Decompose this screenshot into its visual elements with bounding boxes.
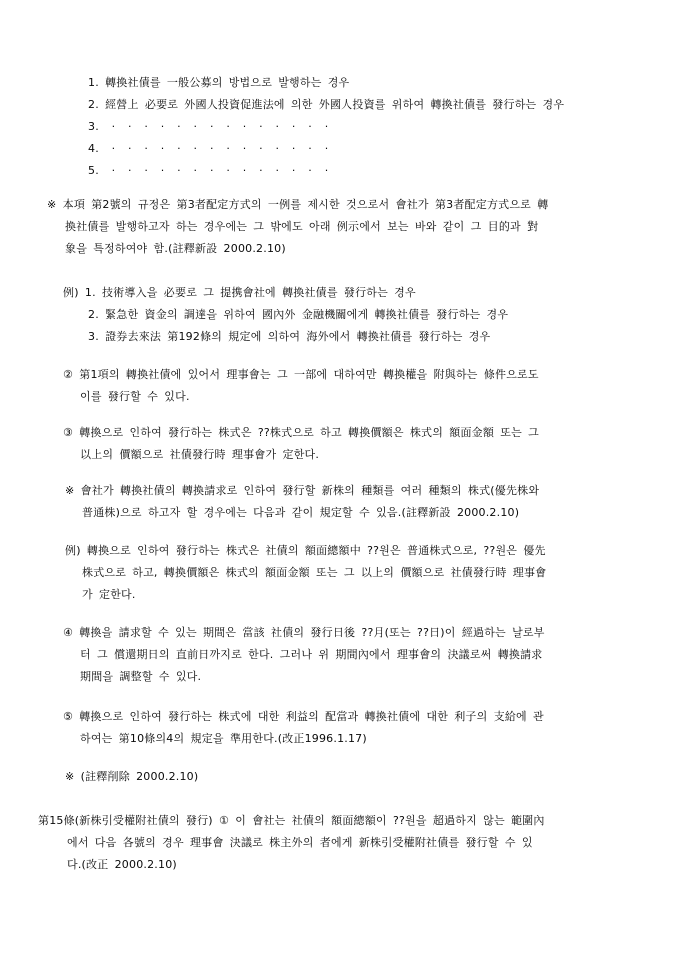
- example-line: 例) 轉換으로 인하여 發行하는 株式은 社債의 額面總額中 ??원은 普通株式…: [65, 540, 680, 562]
- article-line: 다.(改正 2000.2.10): [67, 854, 680, 876]
- clause-paragraph-5: ⑤ 轉換으로 인하여 發行하는 株式에 대한 利益의 配當과 轉換社債에 대한 …: [0, 706, 680, 750]
- note-line: 普通株)으로 하고자 할 경우에는 다음과 같이 規定할 수 있음.(註釋新設 …: [82, 502, 680, 524]
- clause-item-list: 1. 轉換社債를 一般公募의 방법으로 발행하는 경우 2. 經營上 必要로 外…: [0, 72, 680, 182]
- example-line: 가 定한다.: [82, 584, 680, 606]
- clause-line: 期間을 調整할 수 있다.: [80, 666, 680, 688]
- clause-paragraph-2: ② 第1項의 轉換社債에 있어서 理事會는 그 一部에 대하여만 轉換權을 附與…: [0, 364, 680, 408]
- list-item-placeholder: 4. · · · · · · · · · · · · · ·: [88, 138, 680, 160]
- list-item-placeholder: 3. · · · · · · · · · · · · · ·: [88, 116, 680, 138]
- clause-line: ⑤ 轉換으로 인하여 發行하는 株式에 대한 利益의 配當과 轉換社債에 대한 …: [63, 706, 680, 728]
- list-item: 1. 轉換社債를 一般公募의 방법으로 발행하는 경우: [88, 72, 680, 94]
- clause-line: 하여는 第10條의4의 規定을 準用한다.(改正1996.1.17): [80, 728, 680, 750]
- clause-line: ④ 轉換을 請求할 수 있는 期間은 當該 社債의 發行日後 ??月(또는 ??…: [63, 622, 680, 644]
- example-paragraph: 例) 轉換으로 인하여 發行하는 株式은 社債의 額面總額中 ??원은 普通株式…: [0, 540, 680, 606]
- annotation-note: ※ 會社가 轉換社債의 轉換請求로 인하여 發行할 新株의 種類를 여러 種類의…: [0, 480, 680, 524]
- clause-line: 以上의 價額으로 社債發行時 理事會가 定한다.: [80, 444, 680, 466]
- list-item-placeholder: 5. · · · · · · · · · · · · · ·: [88, 160, 680, 182]
- note-line: 象을 특정하여야 함.(註釋新設 2000.2.10): [65, 238, 680, 260]
- annotation-note: ※ 本項 第2號의 규정은 第3者配定方式의 一例를 제시한 것으로서 會社가 …: [0, 194, 680, 260]
- example-item: 例) 1. 技術導入을 必要로 그 提携會社에 轉換社債를 發行하는 경우: [63, 282, 680, 304]
- article-line: 에서 다음 各號의 경우 理事會 決議로 株主外의 者에게 新株引受權附社債를 …: [67, 832, 680, 854]
- note-line: ※ (註釋削除 2000.2.10): [65, 766, 680, 788]
- clause-line: ② 第1項의 轉換社債에 있어서 理事會는 그 一部에 대하여만 轉換權을 附與…: [63, 364, 680, 386]
- note-line: ※ 本項 第2號의 규정은 第3者配定方式의 一例를 제시한 것으로서 會社가 …: [47, 194, 680, 216]
- clause-paragraph-3: ③ 轉換으로 인하여 發行하는 株式은 ??株式으로 하고 轉換價額은 株式의 …: [0, 422, 680, 466]
- clause-paragraph-4: ④ 轉換을 請求할 수 있는 期間은 當該 社債의 發行日後 ??月(또는 ??…: [0, 622, 680, 688]
- example-item: 2. 緊急한 資金의 調達을 위하여 國內外 金融機關에게 轉換社債를 發行하는…: [88, 304, 680, 326]
- example-item: 3. 證券去來法 第192條의 規定에 의하여 海外에서 轉換社債를 發行하는 …: [88, 326, 680, 348]
- document-page: 1. 轉換社債를 一般公募의 방법으로 발행하는 경우 2. 經營上 必要로 外…: [0, 0, 680, 962]
- article-line: 第15條(新株引受權附社債의 發行) ① 이 會社는 社債의 額面總額이 ??원…: [38, 810, 680, 832]
- list-item: 2. 經營上 必要로 外國人投資促進法에 의한 外國人投資를 위하여 轉換社債를…: [88, 94, 680, 116]
- example-list: 例) 1. 技術導入을 必要로 그 提携會社에 轉換社債를 發行하는 경우 2.…: [0, 282, 680, 348]
- note-line: ※ 會社가 轉換社債의 轉換請求로 인하여 發行할 新株의 種類를 여러 種類의…: [65, 480, 680, 502]
- annotation-note-deleted: ※ (註釋削除 2000.2.10): [0, 766, 680, 788]
- example-line: 株式으로 하고, 轉換價額은 株式의 額面金額 또는 그 以上의 價額으로 社債…: [82, 562, 680, 584]
- clause-line: 터 그 償還期日의 直前日까지로 한다. 그러나 위 期間內에서 理事會의 決議…: [80, 644, 680, 666]
- article-15-heading-paragraph: 第15條(新株引受權附社債의 發行) ① 이 會社는 社債의 額面總額이 ??원…: [0, 810, 680, 876]
- clause-line: 이를 發行할 수 있다.: [80, 386, 680, 408]
- note-line: 換社債를 발행하고자 하는 경우에는 그 밖에도 아래 例示에서 보는 바와 같…: [65, 216, 680, 238]
- clause-line: ③ 轉換으로 인하여 發行하는 株式은 ??株式으로 하고 轉換價額은 株式의 …: [63, 422, 680, 444]
